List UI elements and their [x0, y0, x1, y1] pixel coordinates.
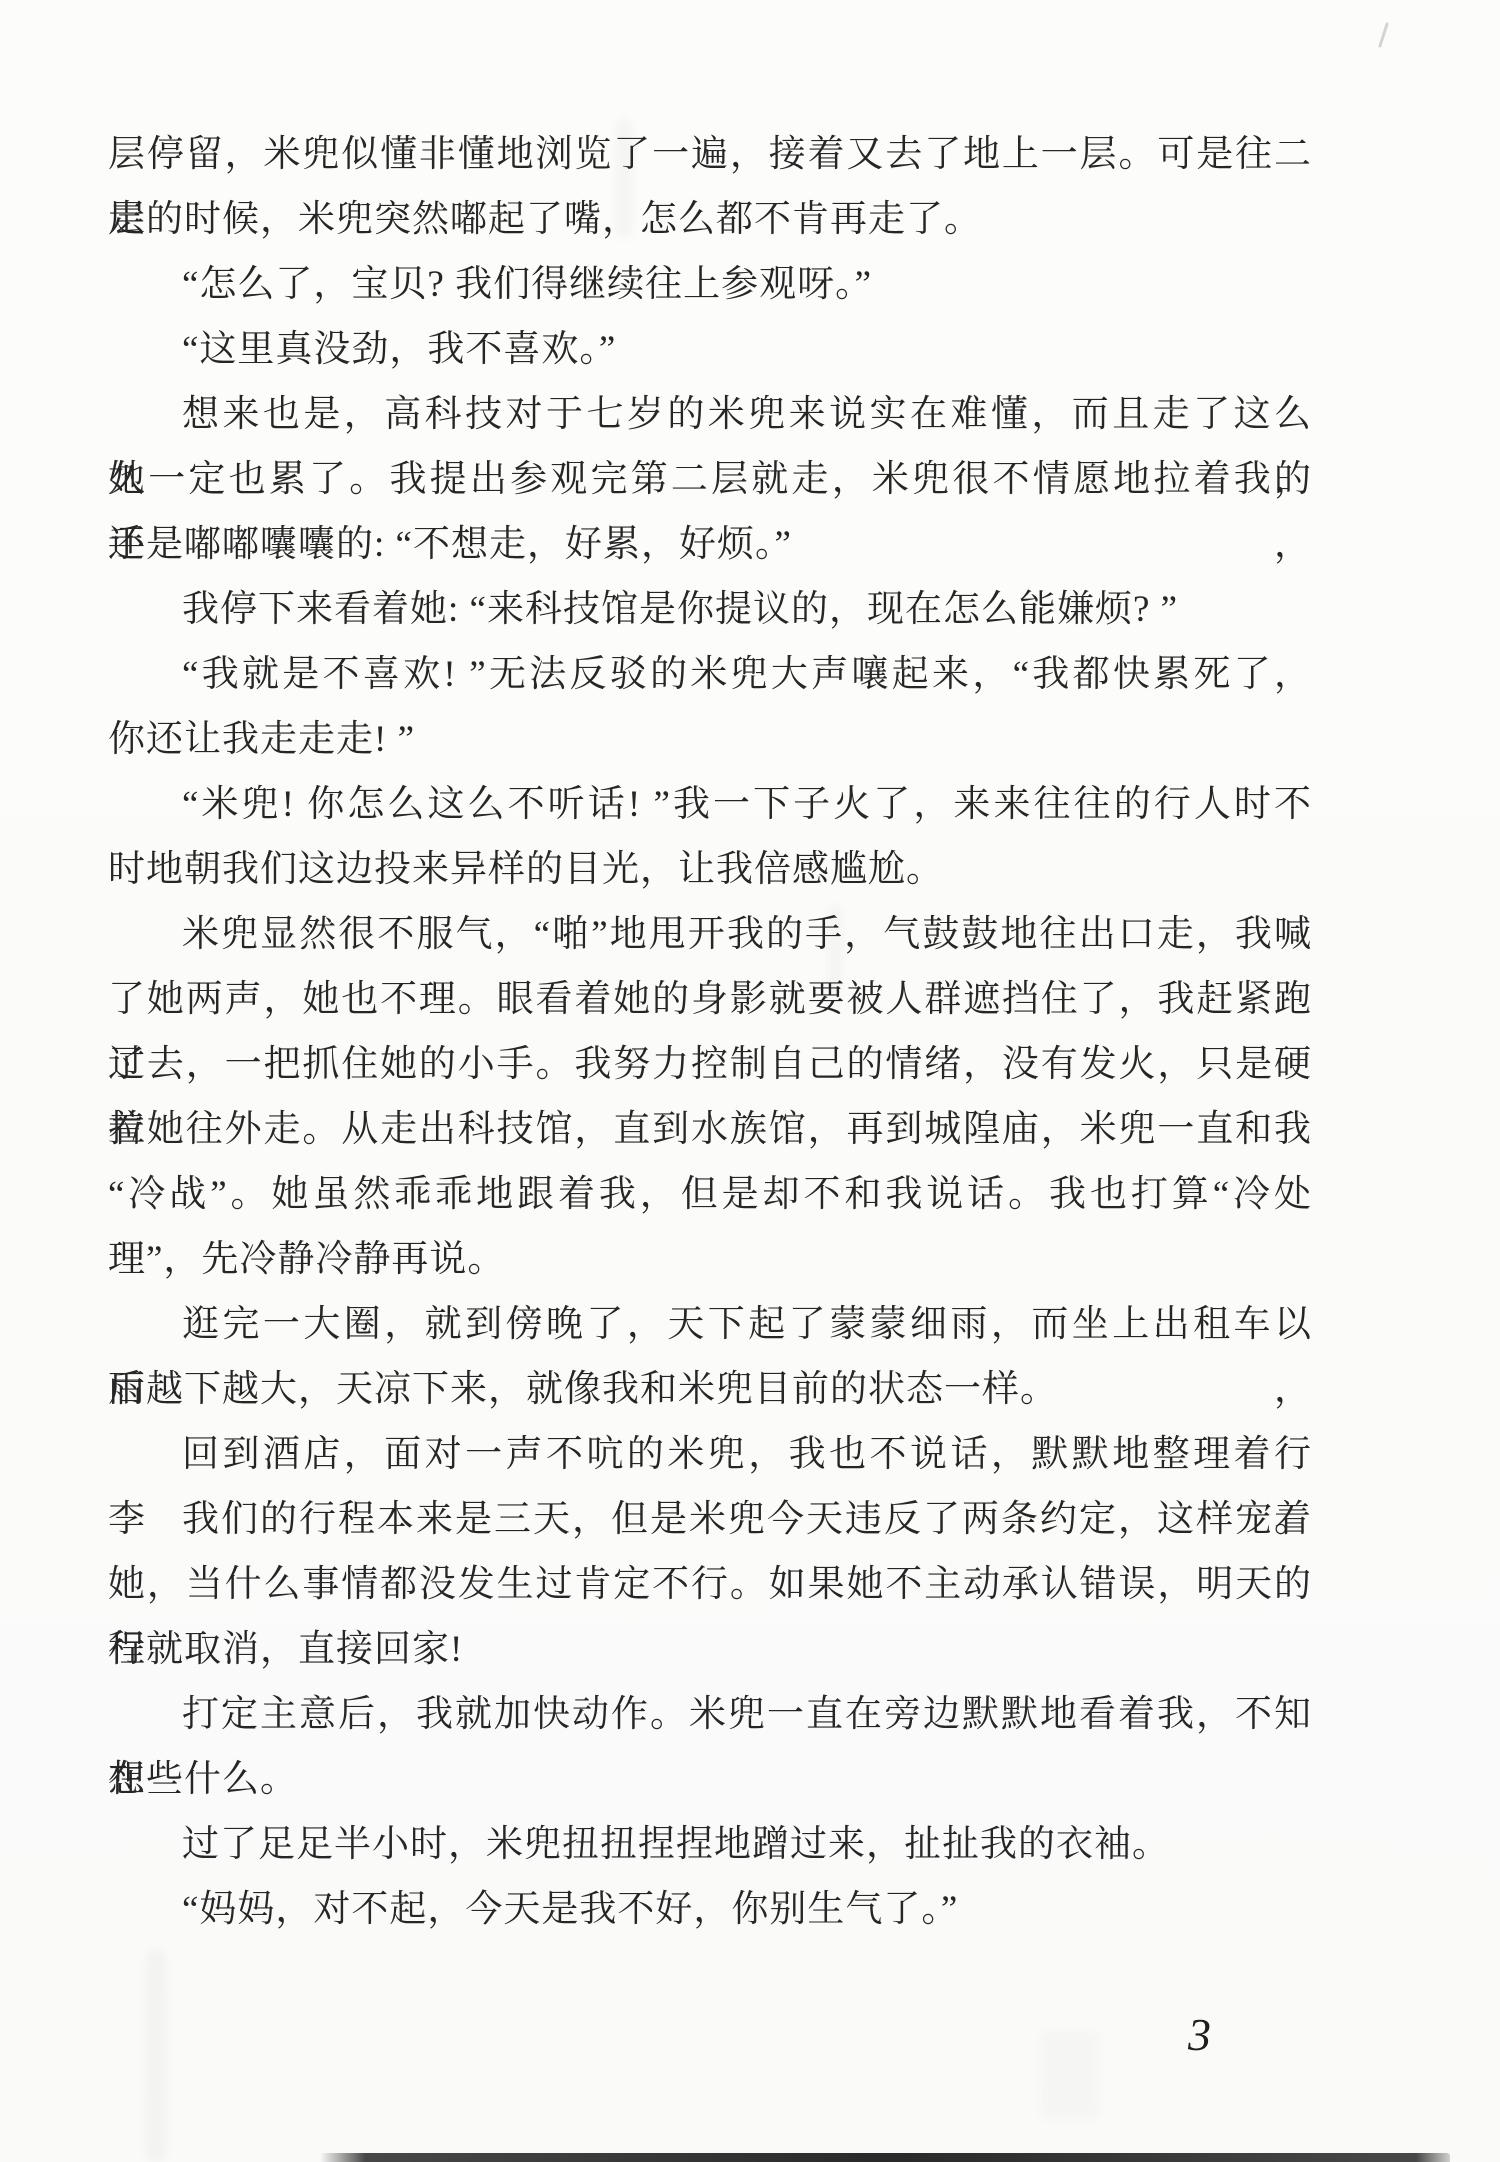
text-line: 着她往外走。从走出科技馆，直到水族馆，再到城隍庙，米兜一直和我: [108, 1097, 1312, 1162]
text-line: 打定主意后，我就加快动作。米兜一直在旁边默默地看着我，不知在: [108, 1682, 1312, 1747]
text-line: 理”，先冷静冷静再说。: [108, 1227, 1312, 1292]
book-page: 层停留，米兜似懂非懂地浏览了一遍，接着又去了地上一层。可是往二层走的时候，米兜突…: [0, 0, 1500, 2162]
text-line: 程就取消，直接回家!: [108, 1617, 1312, 1682]
text-line: 想来也是，高科技对于七岁的米兜来说实在难懂，而且走了这么久，: [108, 382, 1312, 447]
text-line: 她一定也累了。我提出参观完第二层就走，米兜很不情愿地拉着我的手，: [108, 447, 1312, 512]
scan-streak: [1040, 2030, 1100, 2120]
text-line: 了她两声，她也不理。眼看着她的身影就要被人群遮挡住了，我赶紧跑了: [108, 967, 1312, 1032]
text-line: “妈妈，对不起，今天是我不好，你别生气了。”: [108, 1877, 1312, 1942]
text-line: 我停下来看着她: “来科技馆是你提议的，现在怎么能嫌烦? ”: [108, 577, 1312, 642]
text-line: “我就是不喜欢! ”无法反驳的米兜大声嚷起来，“我都快累死了，: [108, 642, 1312, 707]
text-line: 走的时候，米兜突然嘟起了嘴，怎么都不肯再走了。: [108, 187, 1312, 252]
text-line: 时地朝我们这边投来异样的目光，让我倍感尴尬。: [108, 837, 1312, 902]
text-line: 层停留，米兜似懂非懂地浏览了一遍，接着又去了地上一层。可是往二层: [108, 122, 1312, 187]
text-line: 想些什么。: [108, 1747, 1312, 1812]
text-line: “这里真没劲，我不喜欢。”: [108, 317, 1312, 382]
scan-mark: [1378, 22, 1389, 48]
page-number: 3: [1188, 2008, 1211, 2061]
text-line: 回到酒店，面对一声不吭的米兜，我也不说话，默默地整理着行李。: [108, 1422, 1312, 1487]
scan-streak: [146, 1950, 166, 2162]
text-line: “怎么了，宝贝? 我们得继续往上参观呀。”: [108, 252, 1312, 317]
text-line: “米兜! 你怎么这么不听话! ”我一下子火了，来来往往的行人时不: [108, 772, 1312, 837]
text-line: 米兜显然很不服气，“啪”地甩开我的手，气鼓鼓地往出口走，我喊: [108, 902, 1312, 967]
scan-edge-artifact: [320, 2153, 1450, 2162]
text-line: 你还让我走走走! ”: [108, 707, 1312, 772]
text-line: 她，当什么事情都没发生过肯定不行。如果她不主动承认错误，明天的行: [108, 1552, 1312, 1617]
text-line: 逛完一大圈，就到傍晚了，天下起了蒙蒙细雨，而坐上出租车以后，: [108, 1292, 1312, 1357]
text-line: 过去，一把抓住她的小手。我努力控制自己的情绪，没有发火，只是硬拉: [108, 1032, 1312, 1097]
text-line: “冷战”。她虽然乖乖地跟着我，但是却不和我说话。我也打算“冷处: [108, 1162, 1312, 1227]
text-line: 我们的行程本来是三天，但是米兜今天违反了两条约定，这样宠着: [108, 1487, 1312, 1552]
body-text: 层停留，米兜似懂非懂地浏览了一遍，接着又去了地上一层。可是往二层走的时候，米兜突…: [108, 122, 1312, 1942]
text-line: 过了足足半小时，米兜扭扭捏捏地蹭过来，扯扯我的衣袖。: [108, 1812, 1312, 1877]
